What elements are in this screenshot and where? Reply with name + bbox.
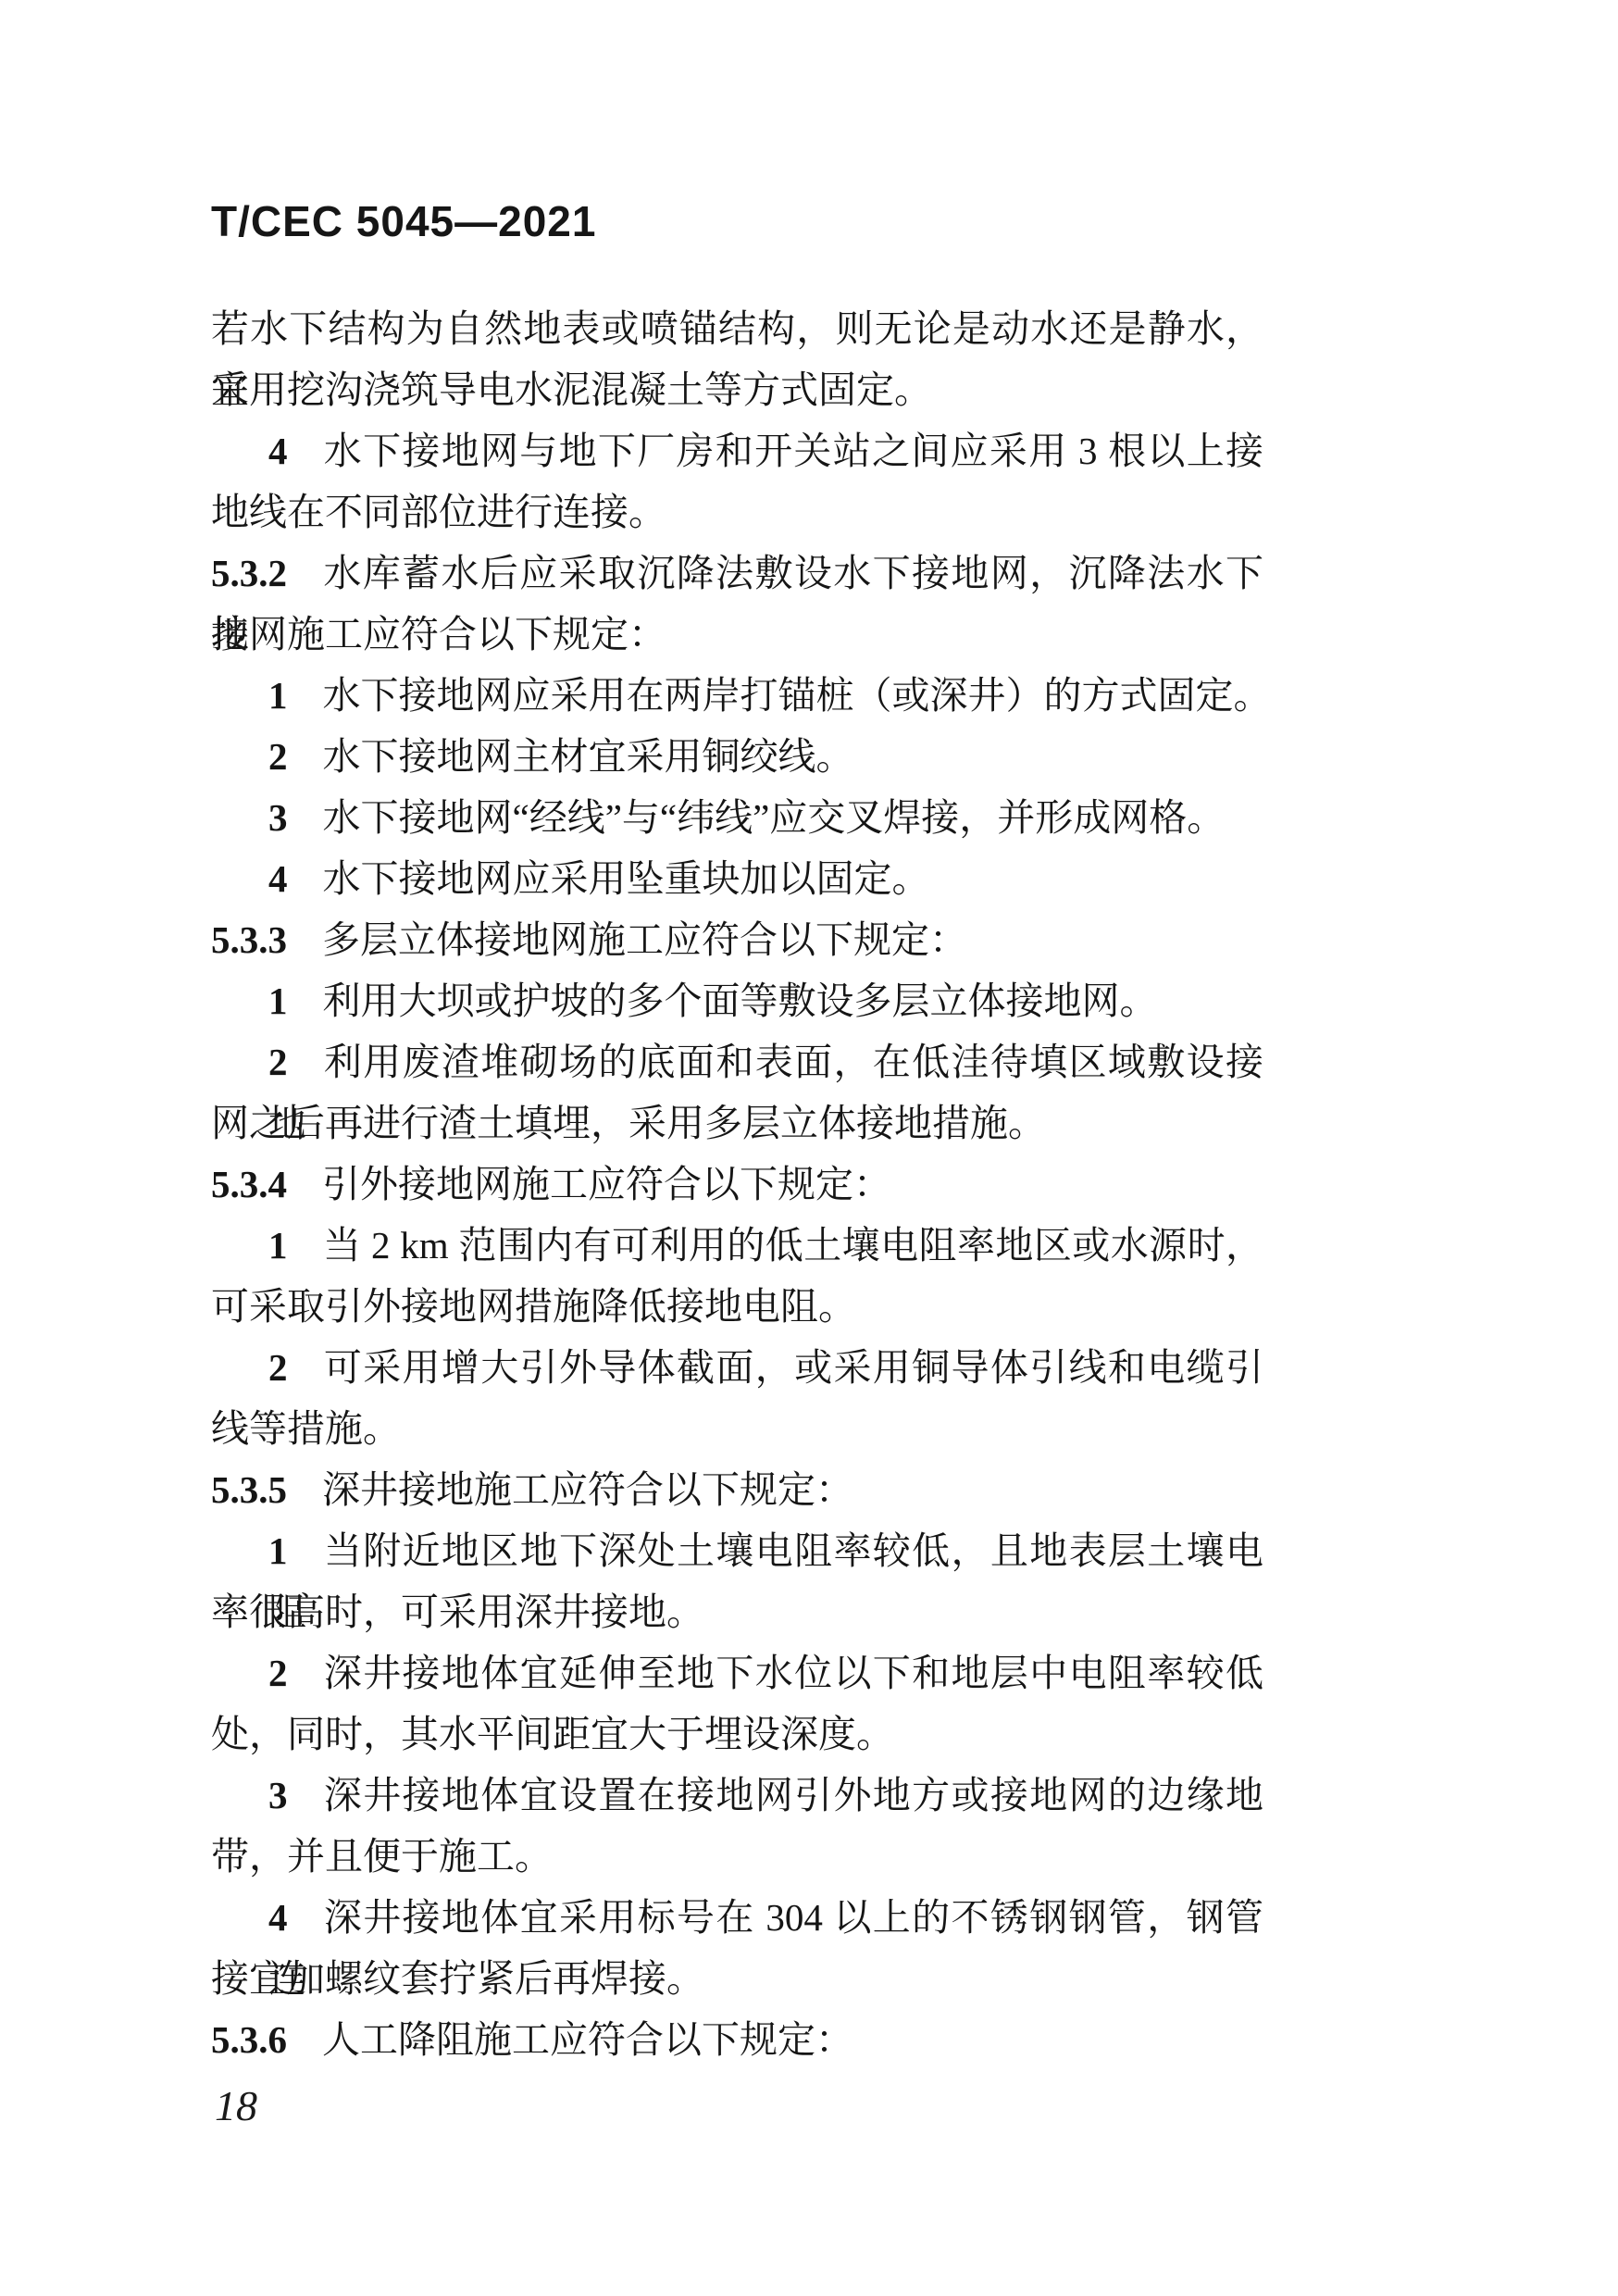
text-line: 2可采用增大引外导体截面，或采用铜导体引线和电缆引 — [211, 1337, 1263, 1398]
line-text: 多层立体接地网施工应符合以下规定： — [322, 918, 967, 961]
text-line: 5.3.5深井接地施工应符合以下规定： — [211, 1459, 1263, 1520]
text-line: 3深井接地体宜设置在接地网引外地方或接地网的边缘地 — [211, 1765, 1263, 1826]
text-line: 4水下接地网与地下厂房和开关站之间应采用 3 根以上接 — [211, 420, 1263, 481]
item-number: 3 — [268, 796, 288, 839]
text-line: 2水下接地网主材宜采用铜绞线。 — [211, 726, 1263, 787]
text-line: 处，同时，其水平间距宜大于埋设深度。 — [211, 1703, 1263, 1765]
text-line: 1当 2 km 范围内有可利用的低土壤电阻率地区或水源时， — [211, 1215, 1263, 1276]
line-text: 网之后再进行渣土填埋，采用多层立体接地措施。 — [211, 1102, 1046, 1144]
line-text: 当 2 km 范围内有可利用的低土壤电阻率地区或水源时， — [323, 1224, 1264, 1267]
line-text: 地线在不同部位进行连接。 — [211, 491, 666, 533]
line-text: 率很高时，可采用深井接地。 — [211, 1591, 704, 1633]
text-line: 网之后再进行渣土填埋，采用多层立体接地措施。 — [211, 1092, 1263, 1154]
document-body: 若水下结构为自然地表或喷锚结构，则无论是动水还是静水，宜采用挖沟浇筑导电水泥混凝… — [211, 298, 1263, 2070]
text-line: 地线在不同部位进行连接。 — [211, 481, 1263, 543]
text-line: 5.3.2水库蓄水后应采取沉降法敷设水下接地网，沉降法水下接 — [211, 543, 1263, 604]
line-text: 引外接地网施工应符合以下规定： — [322, 1163, 891, 1205]
text-line: 5.3.4引外接地网施工应符合以下规定： — [211, 1154, 1263, 1215]
clause-number: 5.3.4 — [211, 1163, 287, 1205]
line-text: 带，并且便于施工。 — [211, 1835, 553, 1878]
item-number: 2 — [268, 1346, 288, 1389]
item-number: 1 — [268, 1529, 288, 1572]
text-line: 地网施工应符合以下规定： — [211, 604, 1263, 665]
text-line: 4深井接地体宜采用标号在 304 以上的不锈钢钢管，钢管连 — [211, 1887, 1263, 1948]
line-text: 水下接地网应采用坠重块加以固定。 — [323, 857, 930, 900]
text-line: 2深井接地体宜延伸至地下水位以下和地层中电阻率较低 — [211, 1642, 1263, 1703]
line-text: 采用挖沟浇筑导电水泥混凝土等方式固定。 — [211, 368, 932, 411]
clause-number: 5.3.2 — [211, 552, 287, 594]
text-line: 2利用废渣堆砌场的底面和表面，在低洼待填区域敷设接地 — [211, 1031, 1263, 1092]
text-line: 若水下结构为自然地表或喷锚结构，则无论是动水还是静水，宜 — [211, 298, 1263, 359]
text-line: 率很高时，可采用深井接地。 — [211, 1581, 1263, 1642]
text-line: 5.3.6人工降阻施工应符合以下规定： — [211, 2009, 1263, 2070]
clause-number: 5.3.6 — [211, 2018, 287, 2061]
line-text: 利用大坝或护坡的多个面等敷设多层立体接地网。 — [323, 980, 1158, 1022]
line-text: 人工降阻施工应符合以下规定： — [322, 2018, 853, 2061]
line-text: 可采取引外接地网措施降低接地电阻。 — [211, 1285, 856, 1328]
item-number: 4 — [268, 1896, 288, 1939]
text-line: 线等措施。 — [211, 1398, 1263, 1459]
line-text: 线等措施。 — [211, 1407, 401, 1450]
item-number: 4 — [268, 430, 288, 472]
page-number: 18 — [215, 2081, 257, 2130]
line-text: 深井接地体宜延伸至地下水位以下和地层中电阻率较低 — [323, 1652, 1264, 1694]
document-page: T/CEC 5045—2021 若水下结构为自然地表或喷锚结构，则无论是动水还是… — [0, 0, 1618, 2296]
item-number: 2 — [268, 735, 288, 778]
item-number: 3 — [268, 1774, 288, 1816]
item-number: 1 — [268, 980, 288, 1022]
item-number: 1 — [268, 674, 288, 717]
item-number: 2 — [268, 1041, 288, 1083]
standard-code-header: T/CEC 5045—2021 — [211, 196, 596, 246]
line-text: 地网施工应符合以下规定： — [211, 613, 666, 655]
text-line: 4水下接地网应采用坠重块加以固定。 — [211, 848, 1263, 909]
line-text: 接宜加螺纹套拧紧后再焊接。 — [211, 1957, 704, 2000]
item-number: 2 — [268, 1652, 288, 1694]
line-text: 深井接地施工应符合以下规定： — [322, 1468, 853, 1511]
line-text: 水下接地网与地下厂房和开关站之间应采用 3 根以上接 — [323, 430, 1264, 472]
line-text: 处，同时，其水平间距宜大于埋设深度。 — [211, 1713, 894, 1755]
line-text: 水下接地网主材宜采用铜绞线。 — [323, 735, 854, 778]
text-line: 接宜加螺纹套拧紧后再焊接。 — [211, 1948, 1263, 2009]
line-text: 可采用增大引外导体截面，或采用铜导体引线和电缆引 — [323, 1346, 1264, 1389]
clause-number: 5.3.5 — [211, 1468, 287, 1511]
clause-number: 5.3.3 — [211, 918, 287, 961]
line-text: 深井接地体宜设置在接地网引外地方或接地网的边缘地 — [323, 1774, 1264, 1816]
line-text: 水下接地网“经线”与“纬线”应交叉焊接，并形成网格。 — [323, 796, 1226, 839]
item-number: 4 — [268, 857, 288, 900]
text-line: 采用挖沟浇筑导电水泥混凝土等方式固定。 — [211, 359, 1263, 420]
text-line: 1水下接地网应采用在两岸打锚桩（或深井）的方式固定。 — [211, 665, 1263, 726]
text-line: 1当附近地区地下深处土壤电阻率较低，且地表层土壤电阻 — [211, 1520, 1263, 1581]
text-line: 可采取引外接地网措施降低接地电阻。 — [211, 1276, 1263, 1337]
item-number: 1 — [268, 1224, 288, 1267]
line-text: 水下接地网应采用在两岸打锚桩（或深井）的方式固定。 — [323, 674, 1272, 717]
text-line: 1利用大坝或护坡的多个面等敷设多层立体接地网。 — [211, 970, 1263, 1031]
text-line: 5.3.3多层立体接地网施工应符合以下规定： — [211, 909, 1263, 970]
text-line: 3水下接地网“经线”与“纬线”应交叉焊接，并形成网格。 — [211, 787, 1263, 848]
text-line: 带，并且便于施工。 — [211, 1826, 1263, 1887]
